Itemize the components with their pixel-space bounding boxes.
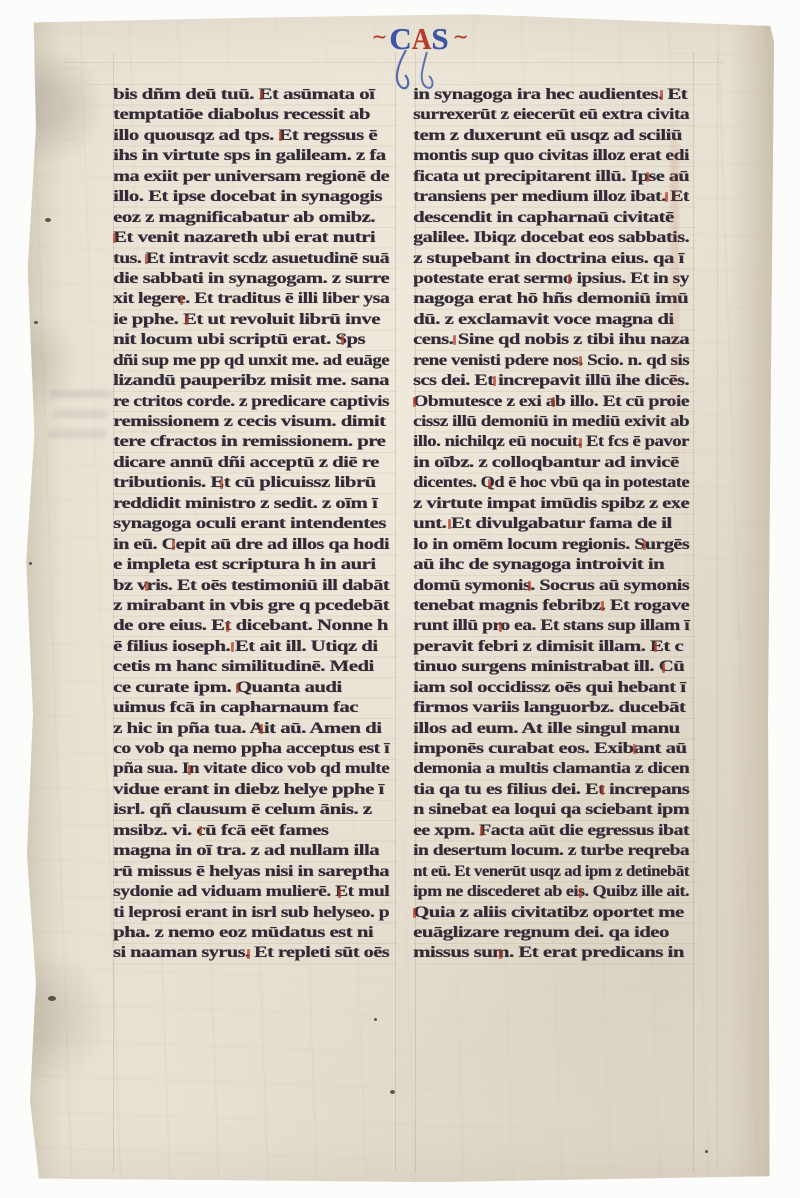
text-line: ipm ne discederet ab eis. Quibz ille ait… bbox=[413, 882, 697, 902]
text-line-content: missus sum. Et erat predicans in bbox=[413, 943, 684, 963]
text-line: montis sup quo civitas illoz erat edi bbox=[413, 146, 697, 166]
text-line: tere cfractos in remissionem. pre bbox=[113, 432, 397, 452]
text-line: scs dei. Et increpavit illū ihe dicēs. bbox=[413, 371, 697, 391]
text-line-content: dū. z exclamavit voce magna di bbox=[413, 310, 674, 330]
red-touched-capital-mark bbox=[341, 335, 344, 345]
text-column-left: bis dñm deū tuū. Et asūmata oītemptatiōe… bbox=[113, 85, 397, 971]
text-line: si naaman syrus. Et repleti sūt oēs bbox=[113, 943, 397, 963]
text-line: ti leprosi erant in isrl sub helyseo. p bbox=[113, 903, 397, 923]
text-line: nagoga erat hō hñs demoniū imū bbox=[413, 289, 697, 309]
text-line-content: xit legere. Et traditus ē illi liber ysa bbox=[113, 289, 389, 309]
red-touched-capital-mark bbox=[493, 376, 496, 386]
text-line-content: ie pphe. Et ut revoluit librū inve bbox=[113, 310, 380, 330]
red-touched-capital-mark bbox=[247, 949, 250, 959]
text-line-content: die sabbati in synagogam. z surre bbox=[113, 269, 389, 289]
text-line: remissionem z cecis visum. dimit bbox=[113, 412, 397, 432]
red-touched-capital-mark bbox=[499, 622, 502, 632]
text-line-content: domū symonis. Socrus aū symonis bbox=[413, 576, 689, 596]
red-touched-capital-mark bbox=[499, 949, 502, 959]
text-line: potestate erat sermo ipsius. Et in sy bbox=[413, 269, 697, 289]
text-line-content: rene venisti pdere nos. Scio. n. qd sis bbox=[413, 351, 689, 371]
text-line: illo. nichilqz eū nocuit. Et fcs ē pavor bbox=[413, 432, 697, 452]
ink-speck bbox=[32, 82, 35, 85]
text-line-content: nt eū. Et venerūt usqz ad ipm z detinebā… bbox=[413, 862, 689, 882]
red-touched-capital-mark bbox=[579, 438, 582, 448]
text-line: dicare annū dñi acceptū z diē re bbox=[113, 453, 397, 473]
text-line: iam sol occidissz oēs qui hebant ī bbox=[413, 678, 697, 698]
text-line: bis dñm deū tuū. Et asūmata oī bbox=[113, 85, 397, 105]
text-line: lo in omēm locum regionis. Surgēs bbox=[413, 535, 697, 555]
running-title-flourish-right: ∼ bbox=[453, 27, 467, 48]
red-touched-capital-mark bbox=[453, 335, 456, 345]
text-line-content: runt illū pro ea. Et stans sup illam ī bbox=[413, 616, 689, 636]
text-line-content: uimus fcā in capharnaum fac bbox=[113, 698, 358, 718]
red-touched-capital-mark bbox=[448, 519, 451, 529]
text-line-content: illo. nichilqz eū nocuit. Et fcs ē pavor bbox=[413, 432, 689, 452]
text-line-content: dicare annū dñi acceptū z diē re bbox=[113, 453, 379, 473]
text-line-content: sydonie ad viduam mulierē. Et mul bbox=[113, 882, 389, 902]
red-touched-capital-mark bbox=[660, 90, 663, 100]
ink-speck bbox=[29, 562, 32, 565]
text-line: reddidit ministro z sedit. z oīm ī bbox=[113, 494, 397, 514]
text-line-content: peravit febri z dimisit illam. Et c bbox=[413, 637, 683, 657]
text-line: magna in oī tra. z ad nullam illa bbox=[113, 841, 397, 861]
text-line: tributionis. Et cū plicuissz librū bbox=[113, 473, 397, 493]
text-line-content: tributionis. Et cū plicuissz librū bbox=[113, 473, 376, 493]
text-line: temptatiōe diabolus recessit ab bbox=[113, 105, 397, 125]
manuscript-scan: ∼ CAS ∼ bis dñm deū tuū. Et asūmata oīte… bbox=[0, 0, 800, 1198]
text-line-content: in eū. Cepit aū dre ad illos qa hodi bbox=[113, 535, 389, 555]
text-line: ce curate ipm. Quanta audi bbox=[113, 678, 397, 698]
text-line: in desertum locum. z turbe reqreba bbox=[413, 841, 697, 861]
red-touched-capital-mark bbox=[145, 581, 148, 591]
text-line: die sabbati in synagogam. z surre bbox=[113, 269, 397, 289]
text-line-content: rū missus ē helyas nisi in sareptha bbox=[113, 862, 389, 882]
running-title-flourish-left: ∼ bbox=[372, 27, 386, 48]
text-line-content: galilee. Ibiqz docebat eos sabbatis. bbox=[413, 228, 689, 248]
text-line-content: nit locum ubi scriptū erat. Sps bbox=[113, 330, 365, 350]
red-touched-capital-mark bbox=[185, 315, 188, 325]
text-line-content: in synagoga ira hec audientes. Et bbox=[413, 85, 687, 105]
text-line: e impleta est scriptura h in auri bbox=[113, 555, 397, 575]
text-line: illos ad eum. At ille singul manu bbox=[413, 719, 697, 739]
show-through-ghost-text bbox=[48, 430, 106, 438]
text-line-content: pñа sua. In vitate dico vob qd multe bbox=[113, 759, 389, 779]
text-line-content: firmos variis languorbz. ducebāt bbox=[413, 698, 685, 718]
manuscript-leaf: ∼ CAS ∼ bis dñm deū tuū. Et asūmata oīte… bbox=[24, 12, 774, 1182]
text-line: nt eū. Et venerūt usqz ad ipm z detinebā… bbox=[413, 862, 697, 882]
text-line-content: dicentes. Qd ē hoc vbū qa in potestate bbox=[413, 473, 689, 493]
show-through-ghost-text bbox=[54, 410, 108, 418]
ink-speck bbox=[45, 218, 51, 222]
text-line-content: ce curate ipm. Quanta audi bbox=[113, 678, 342, 698]
ink-speck bbox=[705, 1150, 708, 1153]
text-line: sydonie ad viduam mulierē. Et mul bbox=[113, 882, 397, 902]
text-line-content: bis dñm deū tuū. Et asūmata oī bbox=[113, 85, 374, 105]
text-line: pha. z nemo eoz mūdatus est ni bbox=[113, 923, 397, 943]
red-touched-capital-mark bbox=[180, 295, 183, 305]
text-line: nit locum ubi scriptū erat. Sps bbox=[113, 330, 397, 350]
text-line-content: temptatiōe diabolus recessit ab bbox=[113, 105, 370, 125]
text-line: z virtute impat imūdis spibz z exe bbox=[413, 494, 697, 514]
text-column-right: in synagoga ira hec audientes. Etsurrexe… bbox=[413, 85, 697, 971]
ink-speck bbox=[30, 108, 33, 110]
red-touched-capital-mark bbox=[145, 254, 148, 264]
text-line-content: z mirabant in vbis gre q pcedebāt bbox=[113, 596, 389, 616]
text-line: vidue erant in diebz helye pphe ī bbox=[113, 780, 397, 800]
red-touched-capital-mark bbox=[662, 663, 665, 673]
text-line: galilee. Ibiqz docebat eos sabbatis. bbox=[413, 228, 697, 248]
text-line: msibz. vi. cū fcā eēt fames bbox=[113, 821, 397, 841]
text-line: in oībz. z colloqbantur ad invicē bbox=[413, 453, 697, 473]
ink-speck bbox=[390, 1090, 395, 1094]
text-line: dū. z exclamavit voce magna di bbox=[413, 310, 697, 330]
text-line: transiens per medium illoz ibat. Et bbox=[413, 187, 697, 207]
text-line-content: ti leprosi erant in isrl sub helyseo. p bbox=[113, 903, 389, 923]
text-line-content: tus. Et intravit scdz asuetudinē suā bbox=[113, 249, 389, 269]
text-line-content: pha. z nemo eoz mūdatus est ni bbox=[113, 923, 373, 943]
text-line-content: in desertum locum. z turbe reqreba bbox=[413, 841, 689, 861]
text-line-content: Et venit nazareth ubi erat nutri bbox=[113, 228, 375, 248]
text-line-content: tenebat magnis febribz. Et rogave bbox=[413, 596, 689, 616]
text-line-content: n sinebat ea loqui qa sciebant ipm bbox=[413, 800, 689, 820]
text-line: aū ihc de synagoga introivit in bbox=[413, 555, 697, 575]
red-touched-capital-mark bbox=[633, 744, 636, 754]
text-line: re ctritos corde. z predicare captivis bbox=[113, 392, 397, 412]
text-line: n sinebat ea loqui qa sciebant ipm bbox=[413, 800, 697, 820]
red-touched-capital-mark bbox=[528, 581, 531, 591]
text-line-content: si naaman syrus. Et repleti sūt oēs bbox=[113, 943, 389, 963]
red-touched-capital-mark bbox=[199, 826, 202, 836]
text-line: missus sum. Et erat predicans in bbox=[413, 943, 697, 963]
text-line-content: Quia z aliis civitatibz oportet me bbox=[413, 903, 684, 923]
text-line: descendit in capharnaū civitatē bbox=[413, 208, 697, 228]
text-line: ie pphe. Et ut revoluit librū inve bbox=[113, 310, 397, 330]
text-line: euāglizare regnum dei. qa ideo bbox=[413, 923, 697, 943]
ruling-line-outer-margin bbox=[717, 52, 718, 1172]
text-line: pñа sua. In vitate dico vob qd multe bbox=[113, 759, 397, 779]
red-touched-capital-mark bbox=[260, 724, 263, 734]
text-line-content: illo quousqz ad tps. Et regssus ē bbox=[113, 126, 377, 146]
text-line: unt. Et divulgabatur fama de il bbox=[413, 514, 697, 534]
text-line: rū missus ē helyas nisi in sareptha bbox=[113, 862, 397, 882]
red-touched-capital-mark bbox=[601, 785, 604, 795]
text-line-content: vidue erant in diebz helye pphe ī bbox=[113, 780, 384, 800]
text-line: z mirabant in vbis gre q pcedebāt bbox=[113, 596, 397, 616]
text-line: ihs in virtute sps in galileam. z fa bbox=[113, 146, 397, 166]
text-line: z hic in pñа tua. Ait aū. Amen di bbox=[113, 719, 397, 739]
red-touched-capital-mark bbox=[279, 131, 282, 141]
text-line-content: ee xpm. Facta aūt die egressus ibat bbox=[413, 821, 689, 841]
text-line-content: aū ihc de synagoga introivit in bbox=[413, 555, 664, 575]
text-line-content: ē filius ioseph. Et ait ill. Utiqz di bbox=[113, 637, 377, 657]
text-line-content: in oībz. z colloqbantur ad invicē bbox=[413, 453, 679, 473]
text-line: rene venisti pdere nos. Scio. n. qd sis bbox=[413, 351, 697, 371]
text-line-content: e impleta est scriptura h in auri bbox=[113, 555, 375, 575]
red-touched-capital-mark bbox=[188, 765, 191, 775]
show-through-ghost-text bbox=[50, 390, 112, 398]
text-line-content: ma exiit per universam regionē de bbox=[113, 167, 389, 187]
text-line: in eū. Cepit aū dre ad illos qa hodi bbox=[113, 535, 397, 555]
text-line-content: surrexerūt z eiecerūt eū extra civita bbox=[413, 105, 689, 125]
text-line-content: re ctritos corde. z predicare captivis bbox=[113, 392, 389, 412]
text-line-content: cissz illū demoniū in mediū exivit ab bbox=[413, 412, 689, 432]
text-line-content: z virtute impat imūdis spibz z exe bbox=[413, 494, 689, 514]
text-line: uimus fcā in capharnaum fac bbox=[113, 698, 397, 718]
red-touched-capital-mark bbox=[413, 908, 416, 918]
text-line-content: lizandū pauperibz misit me. sana bbox=[113, 371, 389, 391]
red-touched-capital-mark bbox=[113, 233, 116, 243]
text-line: lizandū pauperibz misit me. sana bbox=[113, 371, 397, 391]
show-through-red-streak bbox=[670, 112, 679, 532]
text-line: xit legere. Et traditus ē illi liber ysa bbox=[113, 289, 397, 309]
text-line: illo quousqz ad tps. Et regssus ē bbox=[113, 126, 397, 146]
text-line: tem z duxerunt eū usqz ad sciliū bbox=[413, 126, 697, 146]
text-line: tenebat magnis febribz. Et rogave bbox=[413, 596, 697, 616]
ink-speck bbox=[48, 996, 56, 1001]
ink-speck bbox=[374, 1018, 377, 1021]
text-line: illo. Et ipse docebat in synagogis bbox=[113, 187, 397, 207]
text-line-content: descendit in capharnaū civitatē bbox=[413, 208, 674, 228]
red-touched-capital-mark bbox=[226, 622, 229, 632]
red-touched-capital-mark bbox=[231, 642, 234, 652]
text-line-content: ipm ne discederet ab eis. Quibz ille ait… bbox=[413, 882, 689, 902]
text-line: Quia z aliis civitatibz oportet me bbox=[413, 903, 697, 923]
text-line: dñi sup me pp qd unxit me. ad euāge bbox=[113, 351, 397, 371]
text-line-content: tem z duxerunt eū usqz ad sciliū bbox=[413, 126, 682, 146]
text-line-content: cetis m hanc similitudinē. Medi bbox=[113, 657, 374, 677]
red-touched-capital-mark bbox=[601, 601, 604, 611]
text-line-content: nagoga erat hō hñs demoniū imū bbox=[413, 289, 688, 309]
text-line-content: demonia a multis clamantia z dicen bbox=[413, 759, 689, 779]
red-touched-capital-mark bbox=[480, 826, 483, 836]
text-line-content: unt. Et divulgabatur fama de il bbox=[413, 514, 672, 534]
red-touched-capital-mark bbox=[552, 397, 555, 407]
text-line: bz vris. Et oēs testimoniū ill dabāt bbox=[113, 576, 397, 596]
text-line-content: lo in omēm locum regionis. Surgēs bbox=[413, 535, 689, 555]
red-touched-capital-mark bbox=[568, 274, 571, 284]
text-line-content: tia qa tu es filius dei. Et increpans bbox=[413, 780, 689, 800]
text-line-content: scs dei. Et increpavit illū ihe dicēs. bbox=[413, 371, 689, 391]
text-line: in synagoga ira hec audientes. Et bbox=[413, 85, 697, 105]
text-line-content: bz vris. Et oēs testimoniū ill dabāt bbox=[113, 576, 389, 596]
text-line-content: potestate erat sermo ipsius. Et in sy bbox=[413, 269, 689, 289]
text-line-content: transiens per medium illoz ibat. Et bbox=[413, 187, 689, 207]
text-line: domū symonis. Socrus aū symonis bbox=[413, 576, 697, 596]
text-line: eoz z magnificabatur ab omibz. bbox=[113, 208, 397, 228]
text-line-content: dñi sup me pp qd unxit me. ad euāge bbox=[113, 351, 389, 371]
text-line-content: magna in oī tra. z ad nullam illa bbox=[113, 841, 379, 861]
text-line: Et venit nazareth ubi erat nutri bbox=[113, 228, 397, 248]
text-line: de ore eius. Et dicebant. Nonne h bbox=[113, 616, 397, 636]
red-touched-capital-mark bbox=[488, 479, 491, 489]
text-line: tinuo surgens ministrabat ill. Cū bbox=[413, 657, 697, 677]
text-line-content: eoz z magnificabatur ab omibz. bbox=[113, 208, 375, 228]
text-line-content: tinuo surgens ministrabat ill. Cū bbox=[413, 657, 684, 677]
text-line-content: co vob qa nemo ppha acceptus est ī bbox=[113, 739, 389, 759]
text-line-content: msibz. vi. cū fcā eēt fames bbox=[113, 821, 328, 841]
red-touched-capital-mark bbox=[579, 356, 582, 366]
red-touched-capital-mark bbox=[654, 642, 657, 652]
text-line: ma exiit per universam regionē de bbox=[113, 167, 397, 187]
running-title: ∼ CAS ∼ bbox=[324, 14, 514, 92]
text-line: surrexerūt z eiecerūt eū extra civita bbox=[413, 105, 697, 125]
red-touched-capital-mark bbox=[236, 683, 239, 693]
text-line-content: z stupebant in doctrina eius. qa ī bbox=[413, 249, 684, 269]
text-line: ficata ut precipitarent illū. Ipse aū bbox=[413, 167, 697, 187]
text-line-content: imponēs curabat eos. Exibant aū bbox=[413, 739, 686, 759]
text-line-content: synagoga oculi erant intendentes bbox=[113, 514, 386, 534]
text-line: co vob qa nemo ppha acceptus est ī bbox=[113, 739, 397, 759]
ink-speck bbox=[34, 321, 38, 324]
text-line-content: euāglizare regnum dei. qa ideo bbox=[413, 923, 669, 943]
red-touched-capital-mark bbox=[172, 540, 175, 550]
text-line: ē filius ioseph. Et ait ill. Utiqz di bbox=[113, 637, 397, 657]
text-line-content: ihs in virtute sps in galileam. z fa bbox=[113, 146, 385, 166]
text-line-content: montis sup quo civitas illoz erat edi bbox=[413, 146, 689, 166]
text-line-content: de ore eius. Et dicebant. Nonne h bbox=[113, 616, 388, 636]
red-touched-capital-mark bbox=[260, 90, 263, 100]
red-touched-capital-mark bbox=[338, 888, 341, 898]
text-line: ee xpm. Facta aūt die egressus ibat bbox=[413, 821, 697, 841]
text-line-content: illo. Et ipse docebat in synagogis bbox=[113, 187, 382, 207]
text-line: tia qa tu es filius dei. Et increpans bbox=[413, 780, 697, 800]
text-line: firmos variis languorbz. ducebāt bbox=[413, 698, 697, 718]
red-touched-capital-mark bbox=[646, 172, 649, 182]
text-line-content: z hic in pñа tua. Ait aū. Amen di bbox=[113, 719, 381, 739]
text-line: z stupebant in doctrina eius. qa ī bbox=[413, 249, 697, 269]
text-line: imponēs curabat eos. Exibant aū bbox=[413, 739, 697, 759]
red-touched-capital-mark bbox=[413, 397, 416, 407]
text-line: runt illū pro ea. Et stans sup illam ī bbox=[413, 616, 697, 636]
text-line-content: Obmutesce z exi ab illo. Et cū proie bbox=[413, 392, 689, 412]
text-line-content: illos ad eum. At ille singul manu bbox=[413, 719, 680, 739]
text-line: dicentes. Qd ē hoc vbū qa in potestate bbox=[413, 473, 697, 493]
text-line: tus. Et intravit scdz asuetudinē suā bbox=[113, 249, 397, 269]
red-touched-capital-mark bbox=[220, 479, 223, 489]
text-line: isrl. qñ clausum ē celum ānis. z bbox=[113, 800, 397, 820]
text-line: cetis m hanc similitudinē. Medi bbox=[113, 657, 397, 677]
text-line: demonia a multis clamantia z dicen bbox=[413, 759, 697, 779]
text-line-content: tere cfractos in remissionem. pre bbox=[113, 432, 385, 452]
text-line-content: remissionem z cecis visum. dimit bbox=[113, 412, 385, 432]
red-touched-capital-mark bbox=[665, 192, 668, 202]
red-touched-capital-mark bbox=[579, 888, 582, 898]
text-line-content: iam sol occidissz oēs qui hebant ī bbox=[413, 678, 685, 698]
text-line: synagoga oculi erant intendentes bbox=[113, 514, 397, 534]
text-line-content: isrl. qñ clausum ē celum ānis. z bbox=[113, 800, 371, 820]
text-line: cissz illū demoniū in mediū exivit ab bbox=[413, 412, 697, 432]
text-line-content: reddidit ministro z sedit. z oīm ī bbox=[113, 494, 377, 514]
